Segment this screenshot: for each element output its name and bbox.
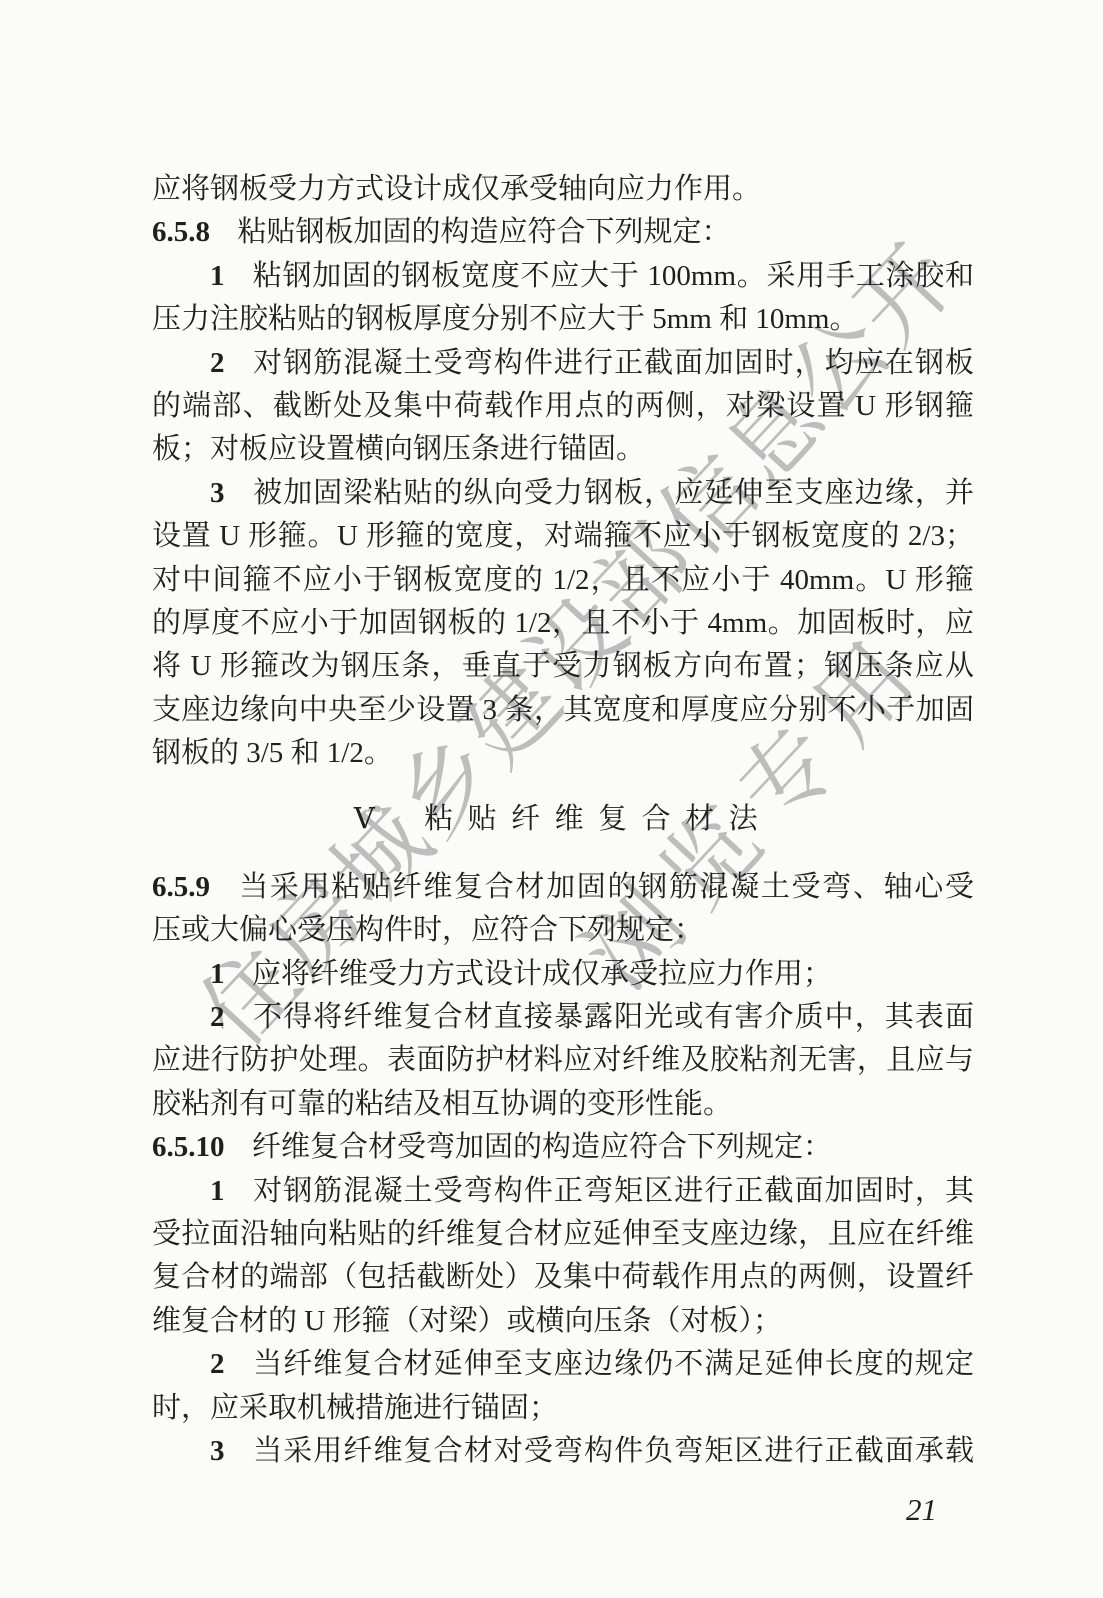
- clause-number: 3: [210, 477, 225, 509]
- section-heading-title: 粘贴纤维复合材法: [424, 803, 772, 835]
- line-text: 被加固梁粘贴的纵向受力钢板，应延伸至支座边缘，并: [252, 477, 974, 509]
- text-line: 设置 U 形箍。U 形箍的宽度，对端箍不应小于钢板宽度的 2/3；: [152, 515, 974, 558]
- line-text: 设置 U 形箍。U 形箍的宽度，对端箍不应小于钢板宽度的 2/3；: [152, 520, 974, 552]
- text-line: 2不得将纤维复合材直接暴露阳光或有害介质中，其表面: [152, 996, 974, 1039]
- line-text: 将 U 形箍改为钢压条，垂直于受力钢板方向布置；钢压条应从: [152, 650, 974, 682]
- line-text: 粘贴钢板加固的构造应符合下列规定：: [238, 216, 731, 248]
- line-text: 粘钢加固的钢板宽度不应大于 100mm。采用手工涂胶和: [252, 260, 974, 292]
- line-text: 压力注胶粘贴的钢板厚度分别不应大于 5mm 和 10mm。: [152, 303, 858, 335]
- text-line: 应进行防护处理。表面防护材料应对纤维及胶粘剂无害，且应与: [152, 1039, 974, 1082]
- line-text: 对钢筋混凝土受弯构件进行正截面加固时，均应在钢板: [252, 347, 974, 379]
- clause-number: 1: [210, 958, 225, 990]
- text-line: 时，应采取机械措施进行锚固；: [152, 1387, 974, 1430]
- text-line: 支座边缘向中央至少设置 3 条，其宽度和厚度应分别不小于加固: [152, 689, 974, 732]
- line-text: 压或大偏心受压构件时，应符合下列规定：: [152, 914, 703, 946]
- text-line: 的厚度不应小于加固钢板的 1/2，且不小于 4mm。加固板时，应: [152, 602, 974, 645]
- paragraph-group-top: 应将钢板受力方式设计成仅承受轴向应力作用。6.5.8粘贴钢板加固的构造应符合下列…: [152, 168, 974, 775]
- line-text: 受拉面沿轴向粘贴的纤维复合材应延伸至支座边缘，且应在纤维: [152, 1218, 974, 1250]
- line-text: 当采用纤维复合材对受弯构件负弯矩区进行正截面承载: [252, 1435, 974, 1467]
- text-line: 将 U 形箍改为钢压条，垂直于受力钢板方向布置；钢压条应从: [152, 645, 974, 688]
- line-text: 应将纤维受力方式设计成仅承受拉应力作用；: [252, 958, 832, 990]
- line-text: 时，应采取机械措施进行锚固；: [152, 1392, 558, 1424]
- clause-number: 6.5.9: [152, 871, 210, 903]
- line-text: 支座边缘向中央至少设置 3 条，其宽度和厚度应分别不小于加固: [152, 694, 974, 726]
- line-text: 钢板的 3/5 和 1/2。: [152, 737, 393, 769]
- clause-number: 2: [210, 1348, 225, 1380]
- text-line: 2当纤维复合材延伸至支座边缘仍不满足延伸长度的规定: [152, 1343, 974, 1386]
- text-line: 应将钢板受力方式设计成仅承受轴向应力作用。: [152, 168, 974, 211]
- clause-number: 2: [210, 1001, 225, 1033]
- text-line: 对中间箍不应小于钢板宽度的 1/2，且不应小于 40mm。U 形箍: [152, 559, 974, 602]
- clause-number: 3: [210, 1435, 225, 1467]
- clause-number: 6.5.10: [152, 1131, 225, 1163]
- text-line: 1应将纤维受力方式设计成仅承受拉应力作用；: [152, 953, 974, 996]
- line-text: 板；对板应设置横向钢压条进行锚固。: [152, 433, 645, 465]
- text-line: 复合材的端部（包括截断处）及集中荷载作用点的两侧，设置纤: [152, 1256, 974, 1299]
- section-heading: Ⅴ粘贴纤维复合材法: [152, 798, 974, 841]
- text-line: 1对钢筋混凝土受弯构件正弯矩区进行正截面加固时，其: [152, 1170, 974, 1213]
- paragraph-group-bottom: 6.5.9当采用粘贴纤维复合材加固的钢筋混凝土受弯、轴心受压或大偏心受压构件时，…: [152, 866, 974, 1473]
- clause-number: 2: [210, 347, 225, 379]
- section-heading-number: Ⅴ: [354, 803, 375, 835]
- line-text: 当纤维复合材延伸至支座边缘仍不满足延伸长度的规定: [252, 1348, 974, 1380]
- clause-number: 6.5.8: [152, 216, 210, 248]
- line-text: 对钢筋混凝土受弯构件正弯矩区进行正截面加固时，其: [252, 1175, 974, 1207]
- text-line: 板；对板应设置横向钢压条进行锚固。: [152, 428, 974, 471]
- text-line: 1粘钢加固的钢板宽度不应大于 100mm。采用手工涂胶和: [152, 255, 974, 298]
- text-block: 应将钢板受力方式设计成仅承受轴向应力作用。6.5.8粘贴钢板加固的构造应符合下列…: [152, 168, 974, 1473]
- text-line: 2对钢筋混凝土受弯构件进行正截面加固时，均应在钢板: [152, 342, 974, 385]
- text-line: 6.5.10纤维复合材受弯加固的构造应符合下列规定：: [152, 1126, 974, 1169]
- line-text: 的端部、截断处及集中荷载作用点的两侧，对梁设置 U 形钢箍: [152, 390, 974, 422]
- line-text: 当采用粘贴纤维复合材加固的钢筋混凝土受弯、轴心受: [238, 871, 974, 903]
- line-text: 纤维复合材受弯加固的构造应符合下列规定：: [252, 1131, 832, 1163]
- line-text: 复合材的端部（包括截断处）及集中荷载作用点的两侧，设置纤: [152, 1261, 974, 1293]
- line-text: 对中间箍不应小于钢板宽度的 1/2，且不应小于 40mm。U 形箍: [152, 564, 974, 596]
- text-line: 维复合材的 U 形箍（对梁）或横向压条（对板）；: [152, 1300, 974, 1343]
- text-line: 钢板的 3/5 和 1/2。: [152, 732, 974, 775]
- line-text: 应进行防护处理。表面防护材料应对纤维及胶粘剂无害，且应与: [152, 1044, 974, 1076]
- page-number: 21: [906, 1492, 937, 1528]
- text-line: 3被加固梁粘贴的纵向受力钢板，应延伸至支座边缘，并: [152, 472, 974, 515]
- line-text: 的厚度不应小于加固钢板的 1/2，且不小于 4mm。加固板时，应: [152, 607, 974, 639]
- clause-number: 1: [210, 1175, 225, 1207]
- text-line: 3当采用纤维复合材对受弯构件负弯矩区进行正截面承载: [152, 1430, 974, 1473]
- clause-number: 1: [210, 260, 225, 292]
- text-line: 6.5.8粘贴钢板加固的构造应符合下列规定：: [152, 211, 974, 254]
- text-line: 的端部、截断处及集中荷载作用点的两侧，对梁设置 U 形钢箍: [152, 385, 974, 428]
- text-line: 压或大偏心受压构件时，应符合下列规定：: [152, 909, 974, 952]
- text-line: 压力注胶粘贴的钢板厚度分别不应大于 5mm 和 10mm。: [152, 298, 974, 341]
- text-line: 受拉面沿轴向粘贴的纤维复合材应延伸至支座边缘，且应在纤维: [152, 1213, 974, 1256]
- line-text: 应将钢板受力方式设计成仅承受轴向应力作用。: [152, 173, 761, 205]
- line-text: 维复合材的 U 形箍（对梁）或横向压条（对板）；: [152, 1305, 782, 1337]
- line-text: 不得将纤维复合材直接暴露阳光或有害介质中，其表面: [252, 1001, 974, 1033]
- text-line: 胶粘剂有可靠的粘结及相互协调的变形性能。: [152, 1083, 974, 1126]
- line-text: 胶粘剂有可靠的粘结及相互协调的变形性能。: [152, 1088, 732, 1120]
- text-line: 6.5.9当采用粘贴纤维复合材加固的钢筋混凝土受弯、轴心受: [152, 866, 974, 909]
